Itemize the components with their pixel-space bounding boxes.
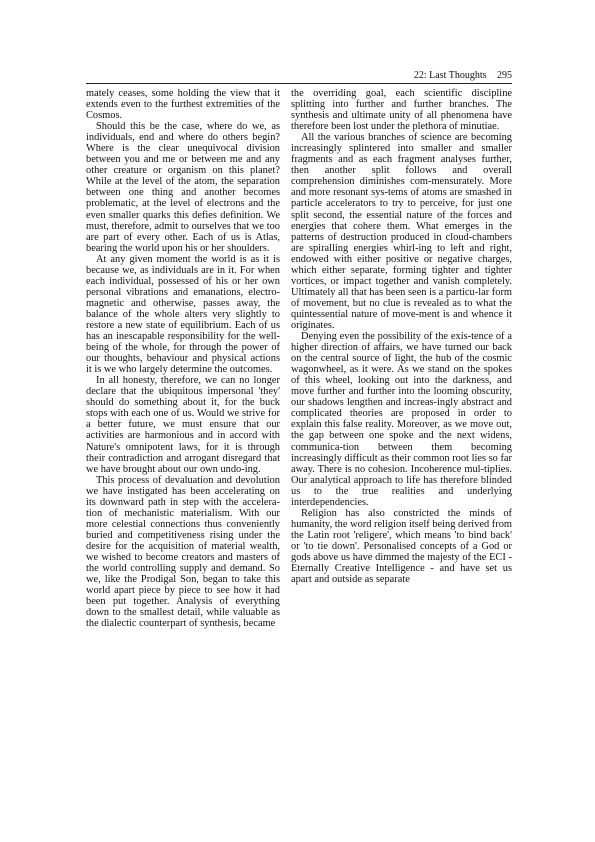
chapter-title: 22: Last Thoughts	[414, 70, 487, 81]
paragraph: At any given moment the world is as it i…	[86, 254, 280, 376]
page-number: 295	[497, 70, 512, 81]
book-page: 22: Last Thoughts 295 mately ceases, som…	[0, 0, 595, 842]
running-head: 22: Last Thoughts 295	[86, 70, 512, 84]
paragraph: Denying even the possibility of the exis…	[291, 331, 512, 508]
paragraph: Religion has also constricted the minds …	[291, 508, 512, 585]
paragraph: All the various branches of science are …	[291, 132, 512, 331]
paragraph: the overriding goal, each scientific dis…	[291, 88, 512, 132]
paragraph: In all honesty, therefore, we can no lon…	[86, 375, 280, 474]
left-column: mately ceases, some holding the view tha…	[86, 88, 280, 629]
paragraph: mately ceases, some holding the view tha…	[86, 88, 280, 121]
right-column: the overriding goal, each scientific dis…	[291, 88, 512, 585]
paragraph: This process of devaluation and devoluti…	[86, 475, 280, 630]
paragraph: Should this be the case, where do we, as…	[86, 121, 280, 254]
